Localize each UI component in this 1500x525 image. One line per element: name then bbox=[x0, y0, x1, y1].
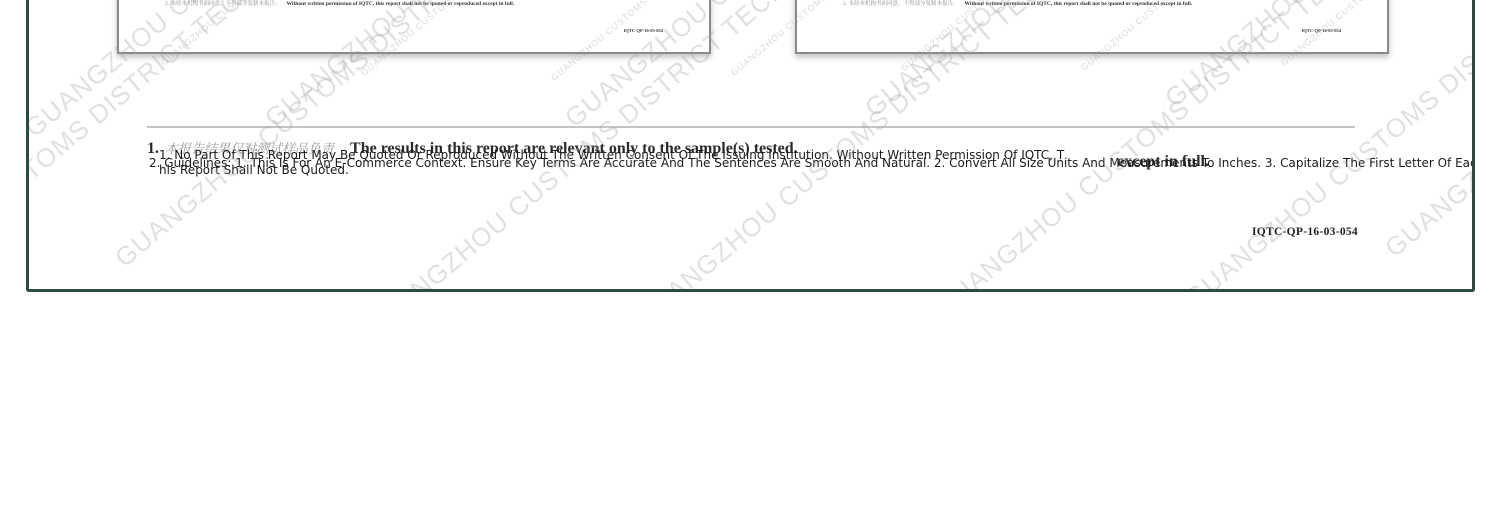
watermark-text: GUANGZHOU CUSTOMS DISTRICT TECHNOLOGY CE… bbox=[1379, 0, 1472, 264]
thumbnail-note-2: 2. 未经本机构书面同意，不得部分复制本报告。Without written p… bbox=[165, 0, 514, 7]
thumbnail-doc-code: IQTC-QP-16-03-054 bbox=[624, 28, 664, 33]
page-thumbnail-right[interactable]: 1. 本报告结果仅对测试样品负责。The results in this rep… bbox=[795, 0, 1389, 54]
document-code: IQTC-QP-16-03-054 bbox=[1252, 226, 1358, 238]
divider-rule bbox=[147, 126, 1355, 128]
page-thumbnail-left[interactable]: 1. 本报告结果仅对测试样品负责。The results in this rep… bbox=[117, 0, 711, 54]
translation-line-3: his Report Shall Not Be Quoted. bbox=[159, 163, 349, 177]
frame-edge-marker bbox=[26, 140, 29, 168]
thumbnail-doc-code: IQTC-QP-16-03-054 bbox=[1302, 28, 1342, 33]
thumbnail-note-2: 2. 未经本机构书面同意，不得部分复制本报告。Without written p… bbox=[843, 0, 1192, 7]
document-frame: 1. 本报告结果仅对测试样品负责。The results in this rep… bbox=[26, 0, 1475, 292]
